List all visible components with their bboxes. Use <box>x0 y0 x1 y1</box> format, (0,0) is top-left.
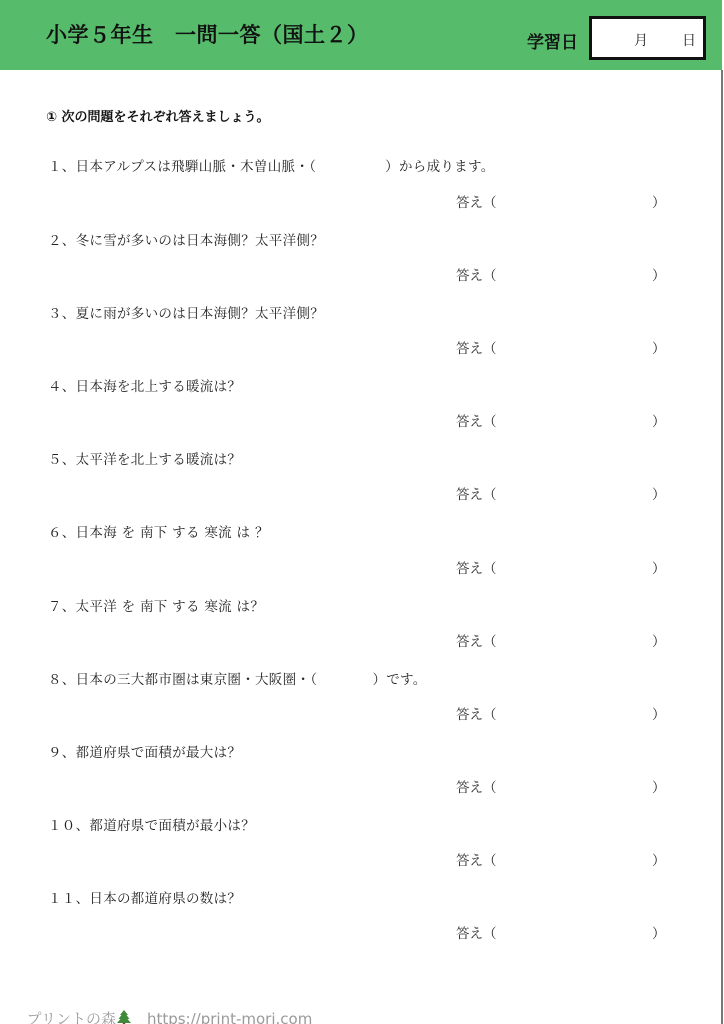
study-date-field[interactable]: 月 日 <box>589 16 706 60</box>
answer-close-paren: ） <box>652 703 666 723</box>
answer-label: 答え（ <box>456 703 497 723</box>
answer-close-paren: ） <box>652 557 666 577</box>
answer-label: 答え（ <box>456 337 497 357</box>
page-edge-rule <box>721 70 723 1024</box>
section-instruction: ① 次の問題をそれぞれ答えましょう。 <box>46 106 270 125</box>
question-5: ５、太平洋を北上する暖流は？ <box>48 448 241 468</box>
worksheet-header: 小学５年生 一問一答（国土２） 学習日 月 日 <box>0 0 722 70</box>
answer-label: 答え（ <box>456 630 497 650</box>
question-4: ４、日本海を北上する暖流は？ <box>48 375 241 395</box>
question-2: ２、冬に雪が多いのは日本海側？太平洋側？ <box>48 229 324 249</box>
answer-close-paren: ） <box>652 337 666 357</box>
question-9: ９、都道府県で面積が最大は？ <box>48 741 241 761</box>
answer-close-paren: ） <box>652 776 666 796</box>
answer-label: 答え（ <box>456 776 497 796</box>
answer-label: 答え（ <box>456 483 497 503</box>
study-date-label: 学習日 <box>527 28 578 53</box>
evergreen-tree-icon <box>117 1010 131 1024</box>
answer-label: 答え（ <box>456 191 497 211</box>
question-3: ３、夏に雨が多いのは日本海側？太平洋側？ <box>48 302 324 322</box>
site-name: プリントの森 <box>27 1010 116 1024</box>
answer-close-paren: ） <box>652 410 666 430</box>
answer-close-paren: ） <box>652 849 666 869</box>
answer-label: 答え（ <box>456 922 497 942</box>
answer-close-paren: ） <box>652 630 666 650</box>
answer-label: 答え（ <box>456 410 497 430</box>
question-11: １１、日本の都道府県の数は？ <box>48 887 241 907</box>
question-10: １０、都道府県で面積が最小は？ <box>48 814 255 834</box>
answer-close-paren: ） <box>652 922 666 942</box>
answer-close-paren: ） <box>652 483 666 503</box>
answer-close-paren: ） <box>652 191 666 211</box>
question-7: ７、太平洋 を 南下 する 寒流 は？ <box>48 595 264 615</box>
answer-label: 答え（ <box>456 264 497 284</box>
site-footer: プリントの森https://print-mori.com <box>17 990 312 1024</box>
day-label: 日 <box>682 30 696 50</box>
question-1: １、日本アルプスは飛騨山脈・木曽山脈・（ ）から成ります。 <box>48 155 495 175</box>
question-8: ８、日本の三大都市圏は東京圏・大阪圏・（ ）です。 <box>48 668 427 688</box>
month-label: 月 <box>634 30 648 50</box>
answer-label: 答え（ <box>456 557 497 577</box>
worksheet-title: 小学５年生 一問一答（国土２） <box>46 19 369 49</box>
question-6: ６、日本海 を 南下 する 寒流 は ？ <box>48 521 269 541</box>
answer-close-paren: ） <box>652 264 666 284</box>
answer-label: 答え（ <box>456 849 497 869</box>
site-url-link[interactable]: https://print-mori.com <box>147 1010 312 1024</box>
